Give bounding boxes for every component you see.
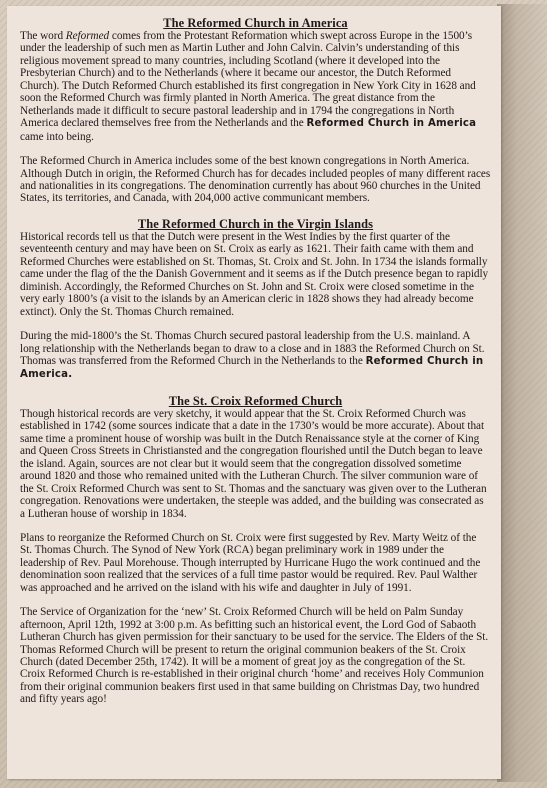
paragraph-reorganization: Plans to reorganize the Reformed Church … bbox=[20, 532, 491, 594]
text-run: comes from the Protestant Reformation wh… bbox=[20, 30, 476, 129]
page-shadow bbox=[497, 4, 547, 782]
paragraph-denomination: The Reformed Church in America includes … bbox=[20, 155, 491, 205]
paragraph-st-croix-history: Though historical records are very sketc… bbox=[20, 408, 491, 520]
document-body: The Reformed Church in America The word … bbox=[7, 6, 501, 706]
section-title-st-croix: The St. Croix Reformed Church bbox=[20, 394, 491, 408]
text-run: came into being. bbox=[20, 131, 94, 143]
text-run: The word bbox=[20, 30, 66, 42]
section-title-reformed-church-america: The Reformed Church in America bbox=[20, 16, 491, 30]
section-title-virgin-islands: The Reformed Church in the Virgin Island… bbox=[20, 217, 491, 231]
paragraph-history: Historical records tell us that the Dutc… bbox=[20, 231, 491, 318]
paragraph-st-thomas: During the mid-1800’s the St. Thomas Chu… bbox=[20, 330, 491, 382]
bold-term: Reformed Church in America bbox=[306, 118, 476, 129]
italic-term: Reformed bbox=[66, 30, 109, 42]
paragraph-service-of-organization: The Service of Organization for the ‘new… bbox=[20, 606, 491, 706]
paragraph-origin: The word Reformed comes from the Protest… bbox=[20, 30, 491, 143]
document-page: The Reformed Church in America The word … bbox=[7, 6, 501, 779]
